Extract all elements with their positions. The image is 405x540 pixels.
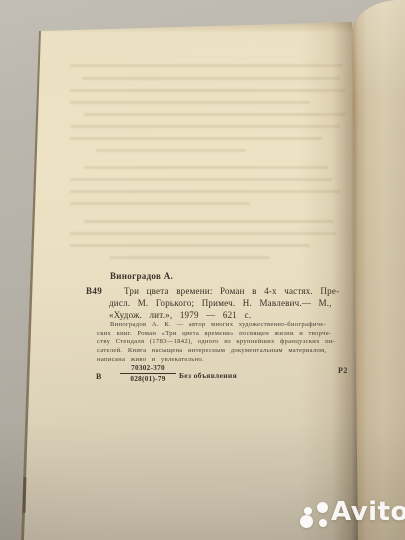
avito-watermark: Avito [293, 500, 405, 536]
catalog-note: Без объявления [179, 371, 237, 380]
catalog-denominator: 028(01)-79 [120, 374, 176, 383]
annotation-line: сателей. Книга насыщена интересным докум… [97, 347, 335, 356]
catalog-numerator: 70302-370 [120, 364, 176, 374]
bibliography-line: дисл. М. Горького; Примеч. Н. Мавлевич.—… [109, 298, 332, 308]
book-page: Виноградов А. В49 Три цвета времени: Ром… [0, 0, 405, 540]
facing-page-curl [351, 0, 405, 540]
category-code: Р2 [338, 366, 348, 375]
annotation-line: Виноградов А. К. — автор многих художест… [110, 321, 335, 330]
catalog-prefix: В [96, 372, 101, 381]
listing-photo: Виноградов А. В49 Три цвета времени: Ром… [0, 0, 405, 540]
avito-wordmark: Avito [331, 497, 405, 527]
printed-text: Виноградов А. В49 Три цвета времени: Ром… [0, 0, 405, 540]
annotation-paragraph: Виноградов А. К. — автор многих художест… [97, 321, 335, 365]
bibliography-line: Три цвета времени: Роман в 4-х частях. П… [124, 286, 339, 296]
catalog-number-fraction: 70302-370 028(01)-79 [120, 364, 176, 383]
library-index-code: В49 [86, 286, 102, 296]
author-heading: Виноградов А. [110, 271, 173, 281]
annotation-line: ству Стендаля (1783—1842), одного из кру… [97, 338, 335, 347]
bibliography-line: «Худож. лит.», 1979 — 621 с. [109, 310, 251, 320]
annotation-line: ских книг. Роман «Три цвета времени» пос… [97, 330, 335, 339]
